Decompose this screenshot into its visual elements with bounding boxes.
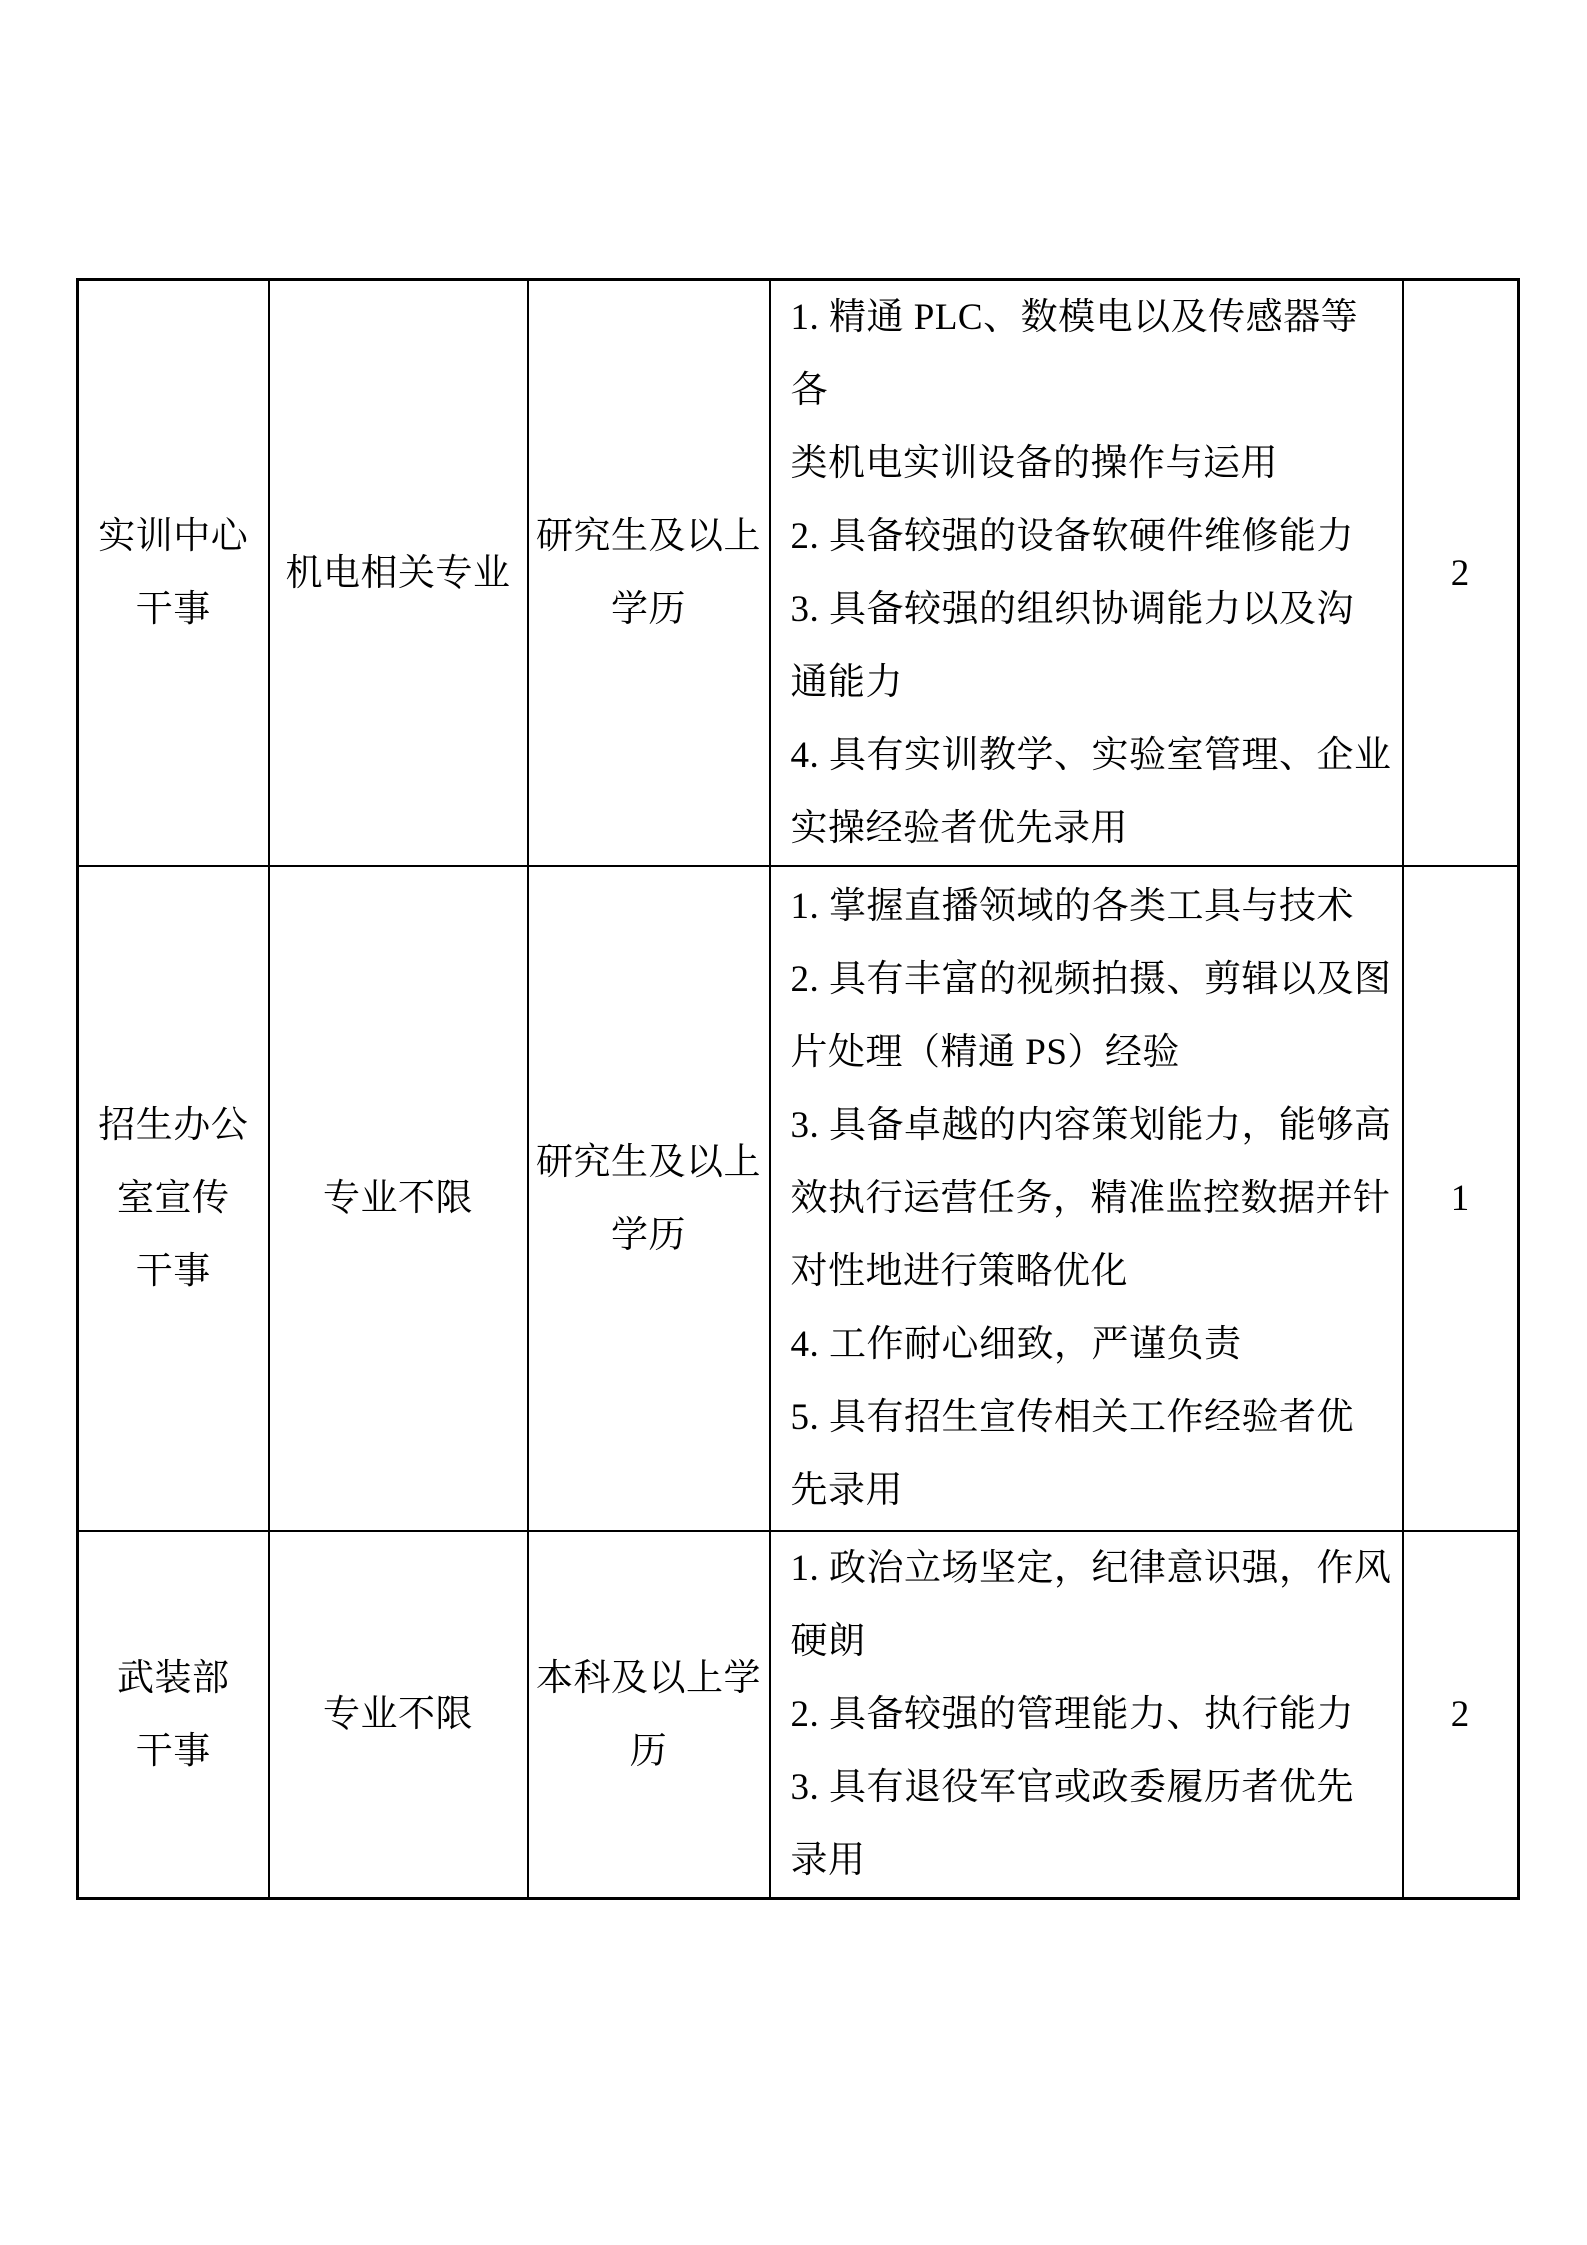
headcount-cell: 2	[1403, 280, 1519, 867]
document-page: 实训中心 干事 机电相关专业 研究生及以上 学历 1. 精通 PLC、数模电以及…	[0, 0, 1587, 2245]
major-cell: 专业不限	[269, 1531, 528, 1899]
requirements-cell: 1. 政治立场坚定，纪律意识强，作风 硬朗 2. 具备较强的管理能力、执行能力 …	[770, 1531, 1403, 1899]
position-cell: 招生办公 室宣传 干事	[78, 866, 269, 1531]
table-row: 武装部 干事 专业不限 本科及以上学 历 1. 政治立场坚定，纪律意识强，作风 …	[78, 1531, 1519, 1899]
requirements-cell: 1. 掌握直播领域的各类工具与技术 2. 具有丰富的视频拍摄、剪辑以及图 片处理…	[770, 866, 1403, 1531]
major-cell: 机电相关专业	[269, 280, 528, 867]
education-cell: 研究生及以上 学历	[528, 866, 770, 1531]
headcount-cell: 1	[1403, 866, 1519, 1531]
headcount-cell: 2	[1403, 1531, 1519, 1899]
position-cell: 武装部 干事	[78, 1531, 269, 1899]
table-row: 实训中心 干事 机电相关专业 研究生及以上 学历 1. 精通 PLC、数模电以及…	[78, 280, 1519, 867]
major-cell: 专业不限	[269, 866, 528, 1531]
education-cell: 研究生及以上 学历	[528, 280, 770, 867]
education-cell: 本科及以上学 历	[528, 1531, 770, 1899]
table-row: 招生办公 室宣传 干事 专业不限 研究生及以上 学历 1. 掌握直播领域的各类工…	[78, 866, 1519, 1531]
position-cell: 实训中心 干事	[78, 280, 269, 867]
requirements-cell: 1. 精通 PLC、数模电以及传感器等各 类机电实训设备的操作与运用 2. 具备…	[770, 280, 1403, 867]
recruitment-table: 实训中心 干事 机电相关专业 研究生及以上 学历 1. 精通 PLC、数模电以及…	[76, 278, 1520, 1900]
